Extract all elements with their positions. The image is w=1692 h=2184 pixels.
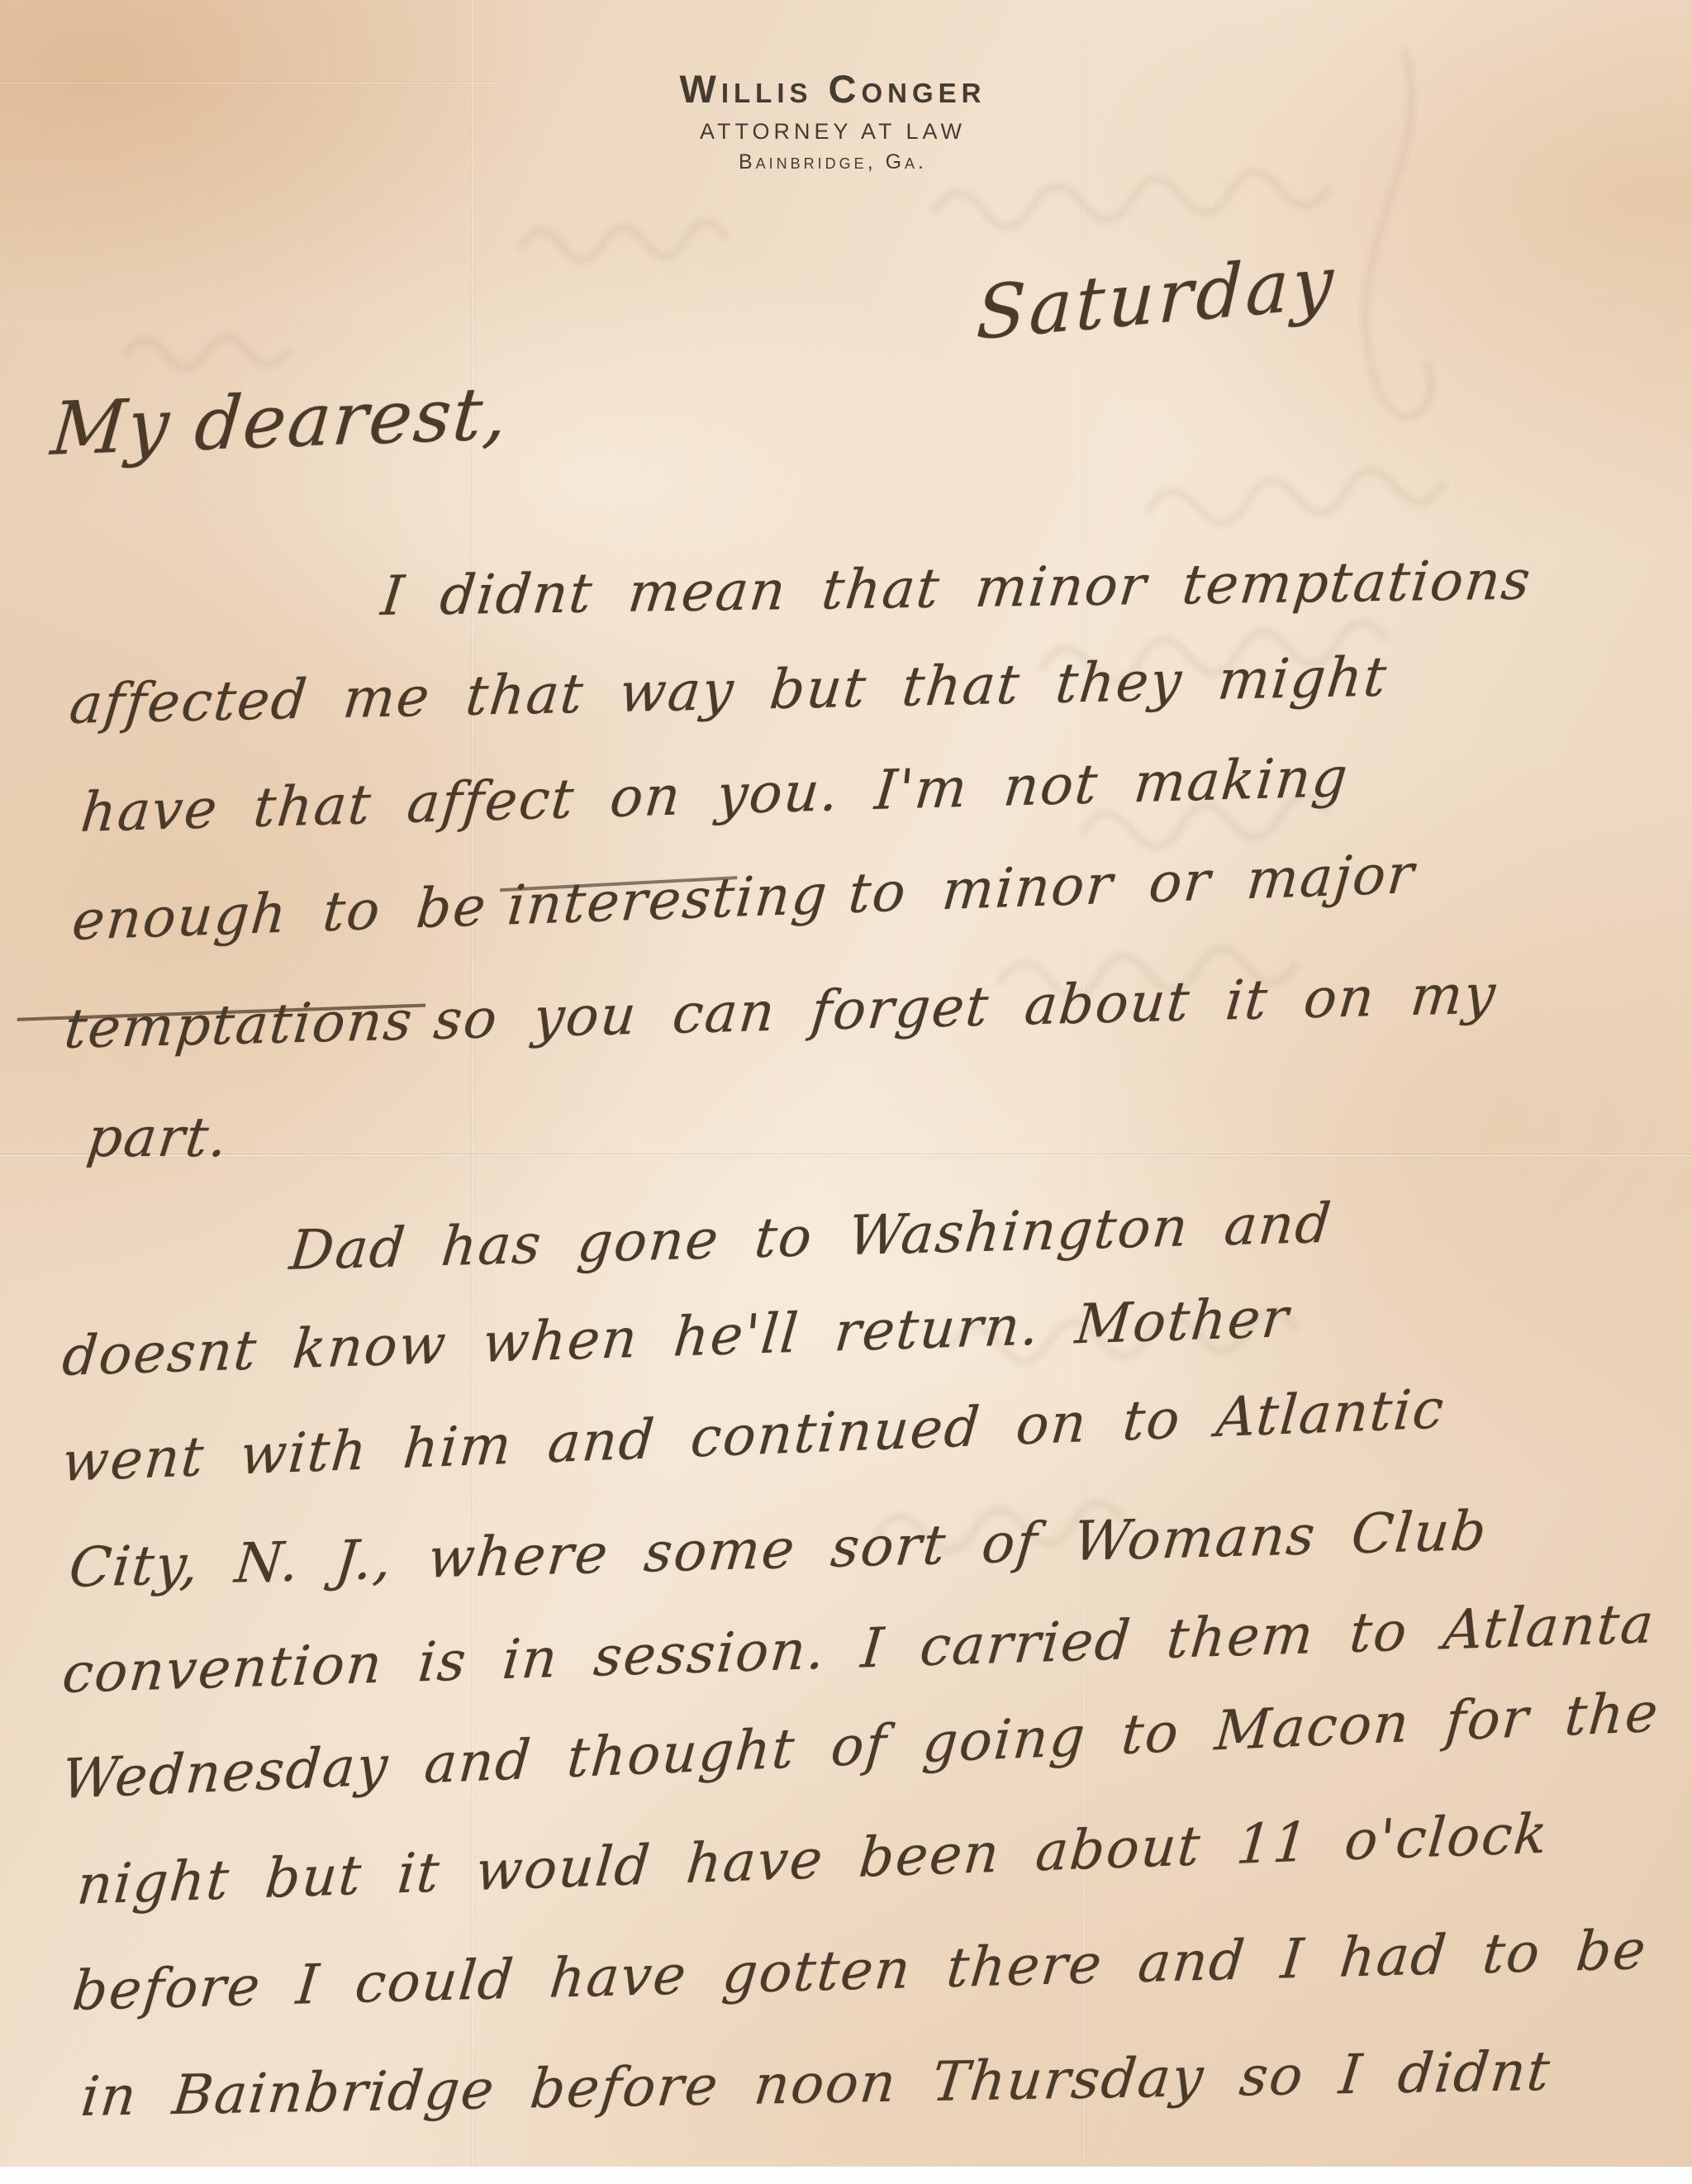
paragraph-2: Dad has gone to Washington and doesnt kn… bbox=[58, 1198, 1659, 2150]
salutation: My dearest, bbox=[48, 370, 512, 472]
letterhead: Willis Conger Attorney at Law Bainbridge… bbox=[0, 66, 1679, 174]
line-text: so you can forget about it on my bbox=[431, 962, 1500, 1052]
letter-body: I didnt mean that minor temptations affe… bbox=[58, 542, 1659, 2150]
crossed-word: interesting bbox=[505, 863, 831, 938]
letter-paper: Willis Conger Attorney at Law Bainbridge… bbox=[0, 0, 1692, 2168]
paragraph-1: I didnt mean that minor temptations affe… bbox=[58, 542, 1659, 1192]
scanner-background-strip bbox=[0, 2167, 1692, 2184]
line-text: enough to be bbox=[69, 874, 490, 953]
struck-word: temptations bbox=[62, 988, 416, 1061]
scanned-letter-page: Willis Conger Attorney at Law Bainbridge… bbox=[0, 0, 1692, 2184]
letterhead-location: Bainbridge, Ga. bbox=[0, 150, 1679, 174]
date-line: Saturday bbox=[975, 239, 1338, 356]
line-text: to minor or major bbox=[846, 842, 1418, 925]
letterhead-profession: Attorney at Law bbox=[0, 119, 1679, 145]
letterhead-name: Willis Conger bbox=[0, 66, 1679, 112]
